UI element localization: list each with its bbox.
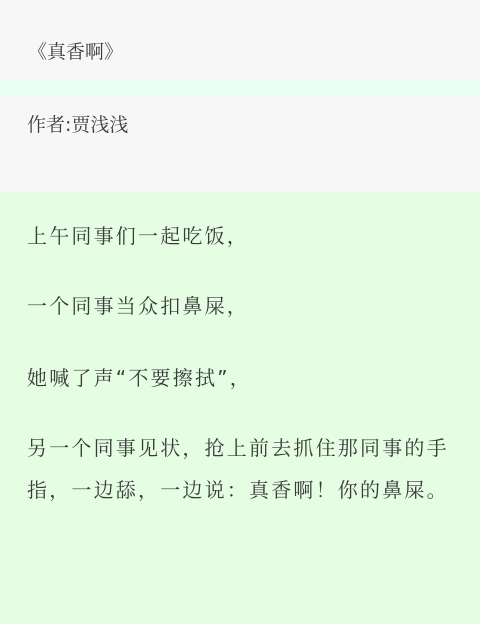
article-title: 《真香啊》 [28, 40, 123, 64]
author-section [0, 96, 480, 192]
paragraph: 一个同事当众扣鼻屎， [27, 285, 457, 327]
article-author: 作者:贾浅浅 [27, 113, 128, 137]
paragraph: 另一个同事见状，抢上前去抓住那同事的手指，一边舔，一边说：真香啊！你的鼻屎。 [27, 427, 457, 511]
section-divider [0, 80, 480, 96]
paragraph: 她喊了声“不要擦拭”， [27, 357, 457, 399]
title-section: 《真香啊》 [0, 0, 480, 80]
paragraph: 上午同事们一起吃饭， [27, 215, 457, 257]
